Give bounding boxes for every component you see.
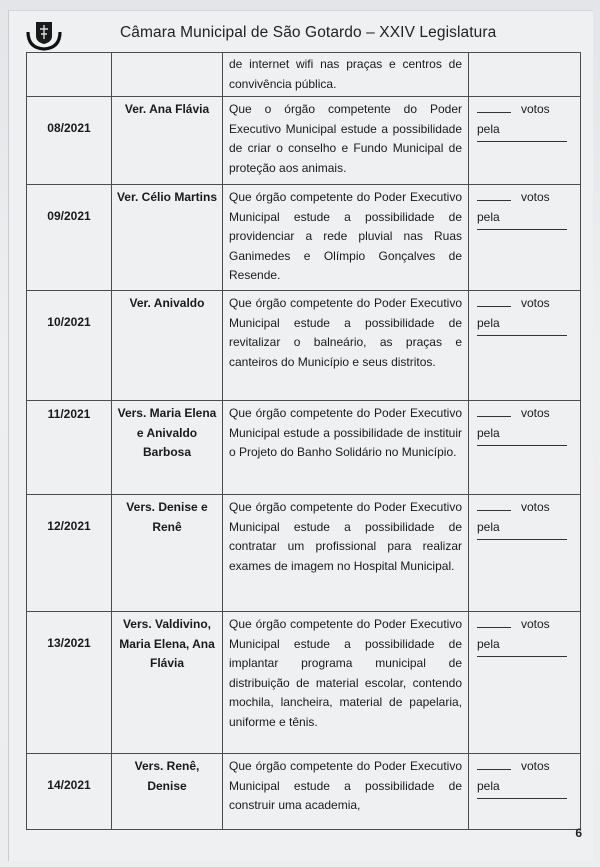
vote-label: votos pela xyxy=(477,500,550,534)
authors-cell xyxy=(112,53,223,97)
proposal-number: 10/2021 xyxy=(27,291,111,333)
vote-count-blank[interactable] xyxy=(477,416,511,417)
authors-cell: Ver. Célio Martins xyxy=(112,185,223,291)
proposal-authors: Vers. Valdivino, Maria Elena, Ana Flávia xyxy=(112,612,222,674)
vote-count-blank[interactable] xyxy=(477,306,511,307)
municipal-crest-icon xyxy=(24,18,64,52)
authors-cell: Vers. Renê, Denise xyxy=(112,754,223,830)
proposal-number: 14/2021 xyxy=(27,754,111,796)
vote-count-blank[interactable] xyxy=(477,112,511,113)
description-cell: Que o órgão competente do Poder Executiv… xyxy=(223,97,469,185)
vote-label: votos pela xyxy=(477,406,550,440)
authors-cell: Ver. Ana Flávia xyxy=(112,97,223,185)
table-row-continued: de internet wifi nas praças e centros de… xyxy=(27,53,581,97)
proposal-number: 12/2021 xyxy=(27,495,111,537)
vote-result-blank[interactable] xyxy=(477,445,567,446)
vote-count-blank[interactable] xyxy=(477,200,511,201)
vote-result-blank[interactable] xyxy=(477,798,567,799)
proposal-authors: Vers. Denise e Renê xyxy=(112,495,222,537)
number-cell: 10/2021 xyxy=(27,291,112,401)
authors-cell: Vers. Valdivino, Maria Elena, Ana Flávia xyxy=(112,612,223,754)
proposal-number: 11/2021 xyxy=(27,401,111,425)
number-cell: 11/2021 xyxy=(27,401,112,495)
description-cell: Que órgão competente do Poder Executivo … xyxy=(223,612,469,754)
vote-result-blank[interactable] xyxy=(477,229,567,230)
vote-cell: votos pela xyxy=(469,291,581,401)
proposal-authors: Ver. Célio Martins xyxy=(112,185,222,208)
vote-label: votos pela xyxy=(477,296,550,330)
description-cell: Que órgão competente do Poder Executivo … xyxy=(223,401,469,495)
proposal-description: Que o órgão competente do Poder Executiv… xyxy=(223,97,468,180)
vote-cell xyxy=(469,53,581,97)
table-row: 14/2021Vers. Renê, DeniseQue órgão compe… xyxy=(27,754,581,830)
vote-result-blank[interactable] xyxy=(477,141,567,142)
vote-cell: votos pela xyxy=(469,97,581,185)
vote-count-blank[interactable] xyxy=(477,627,511,628)
vote-label: votos pela xyxy=(477,190,550,224)
vote-cell: votos pela xyxy=(469,754,581,830)
proposal-number: 09/2021 xyxy=(27,185,111,227)
description-cell: Que órgão competente do Poder Executivo … xyxy=(223,754,469,830)
proposals-table: de internet wifi nas praças e centros de… xyxy=(26,52,581,830)
vote-cell: votos pela xyxy=(469,612,581,754)
vote-label: votos pela xyxy=(477,617,550,651)
proposal-description: Que órgão competente do Poder Executivo … xyxy=(223,185,468,288)
description-cell: Que órgão competente do Poder Executivo … xyxy=(223,291,469,401)
vote-result-blank[interactable] xyxy=(477,335,567,336)
table-row: 08/2021Ver. Ana FláviaQue o órgão compet… xyxy=(27,97,581,185)
proposal-authors: Vers. Maria Elena e Anivaldo Barbosa xyxy=(112,401,222,463)
number-cell xyxy=(27,53,112,97)
proposal-description: Que órgão competente do Poder Executivo … xyxy=(223,495,468,578)
vote-count-blank[interactable] xyxy=(477,769,511,770)
vote-cell: votos pela xyxy=(469,185,581,291)
vote-cell: votos pela xyxy=(469,495,581,612)
table-row: 10/2021Ver. AnivaldoQue órgão competente… xyxy=(27,291,581,401)
description-cell: Que órgão competente do Poder Executivo … xyxy=(223,495,469,612)
authors-cell: Vers. Denise e Renê xyxy=(112,495,223,612)
vote-label: votos pela xyxy=(477,102,550,136)
number-cell: 09/2021 xyxy=(27,185,112,291)
proposal-description: Que órgão competente do Poder Executivo … xyxy=(223,754,468,818)
description-cell: de internet wifi nas praças e centros de… xyxy=(223,53,469,97)
authors-cell: Ver. Anivaldo xyxy=(112,291,223,401)
proposal-description: Que órgão competente do Poder Executivo … xyxy=(223,291,468,374)
proposal-authors: Ver. Ana Flávia xyxy=(112,97,222,120)
number-cell: 08/2021 xyxy=(27,97,112,185)
vote-cell: votos pela xyxy=(469,401,581,495)
table-row: 12/2021Vers. Denise e RenêQue órgão comp… xyxy=(27,495,581,612)
proposal-number: 13/2021 xyxy=(27,612,111,654)
proposal-description: Que órgão competente do Poder Executivo … xyxy=(223,401,468,465)
table-row: 09/2021Ver. Célio MartinsQue órgão compe… xyxy=(27,185,581,291)
proposal-authors: Vers. Renê, Denise xyxy=(112,754,222,796)
proposal-description: Que órgão competente do Poder Executivo … xyxy=(223,612,468,734)
document-title: Câmara Municipal de São Gotardo – XXIV L… xyxy=(120,24,496,42)
proposal-authors: Ver. Anivaldo xyxy=(112,291,222,314)
table-row: 13/2021Vers. Valdivino, Maria Elena, Ana… xyxy=(27,612,581,754)
vote-result-blank[interactable] xyxy=(477,539,567,540)
vote-label: votos pela xyxy=(477,759,550,793)
number-cell: 12/2021 xyxy=(27,495,112,612)
proposal-number: 08/2021 xyxy=(27,97,111,139)
table-row: 11/2021Vers. Maria Elena e Anivaldo Barb… xyxy=(27,401,581,495)
authors-cell: Vers. Maria Elena e Anivaldo Barbosa xyxy=(112,401,223,495)
page-number: 6 xyxy=(575,826,582,840)
document-header: Câmara Municipal de São Gotardo – XXIV L… xyxy=(0,0,600,52)
description-cell: Que órgão competente do Poder Executivo … xyxy=(223,185,469,291)
number-cell: 13/2021 xyxy=(27,612,112,754)
vote-count-blank[interactable] xyxy=(477,510,511,511)
vote-result-blank[interactable] xyxy=(477,656,567,657)
number-cell: 14/2021 xyxy=(27,754,112,830)
